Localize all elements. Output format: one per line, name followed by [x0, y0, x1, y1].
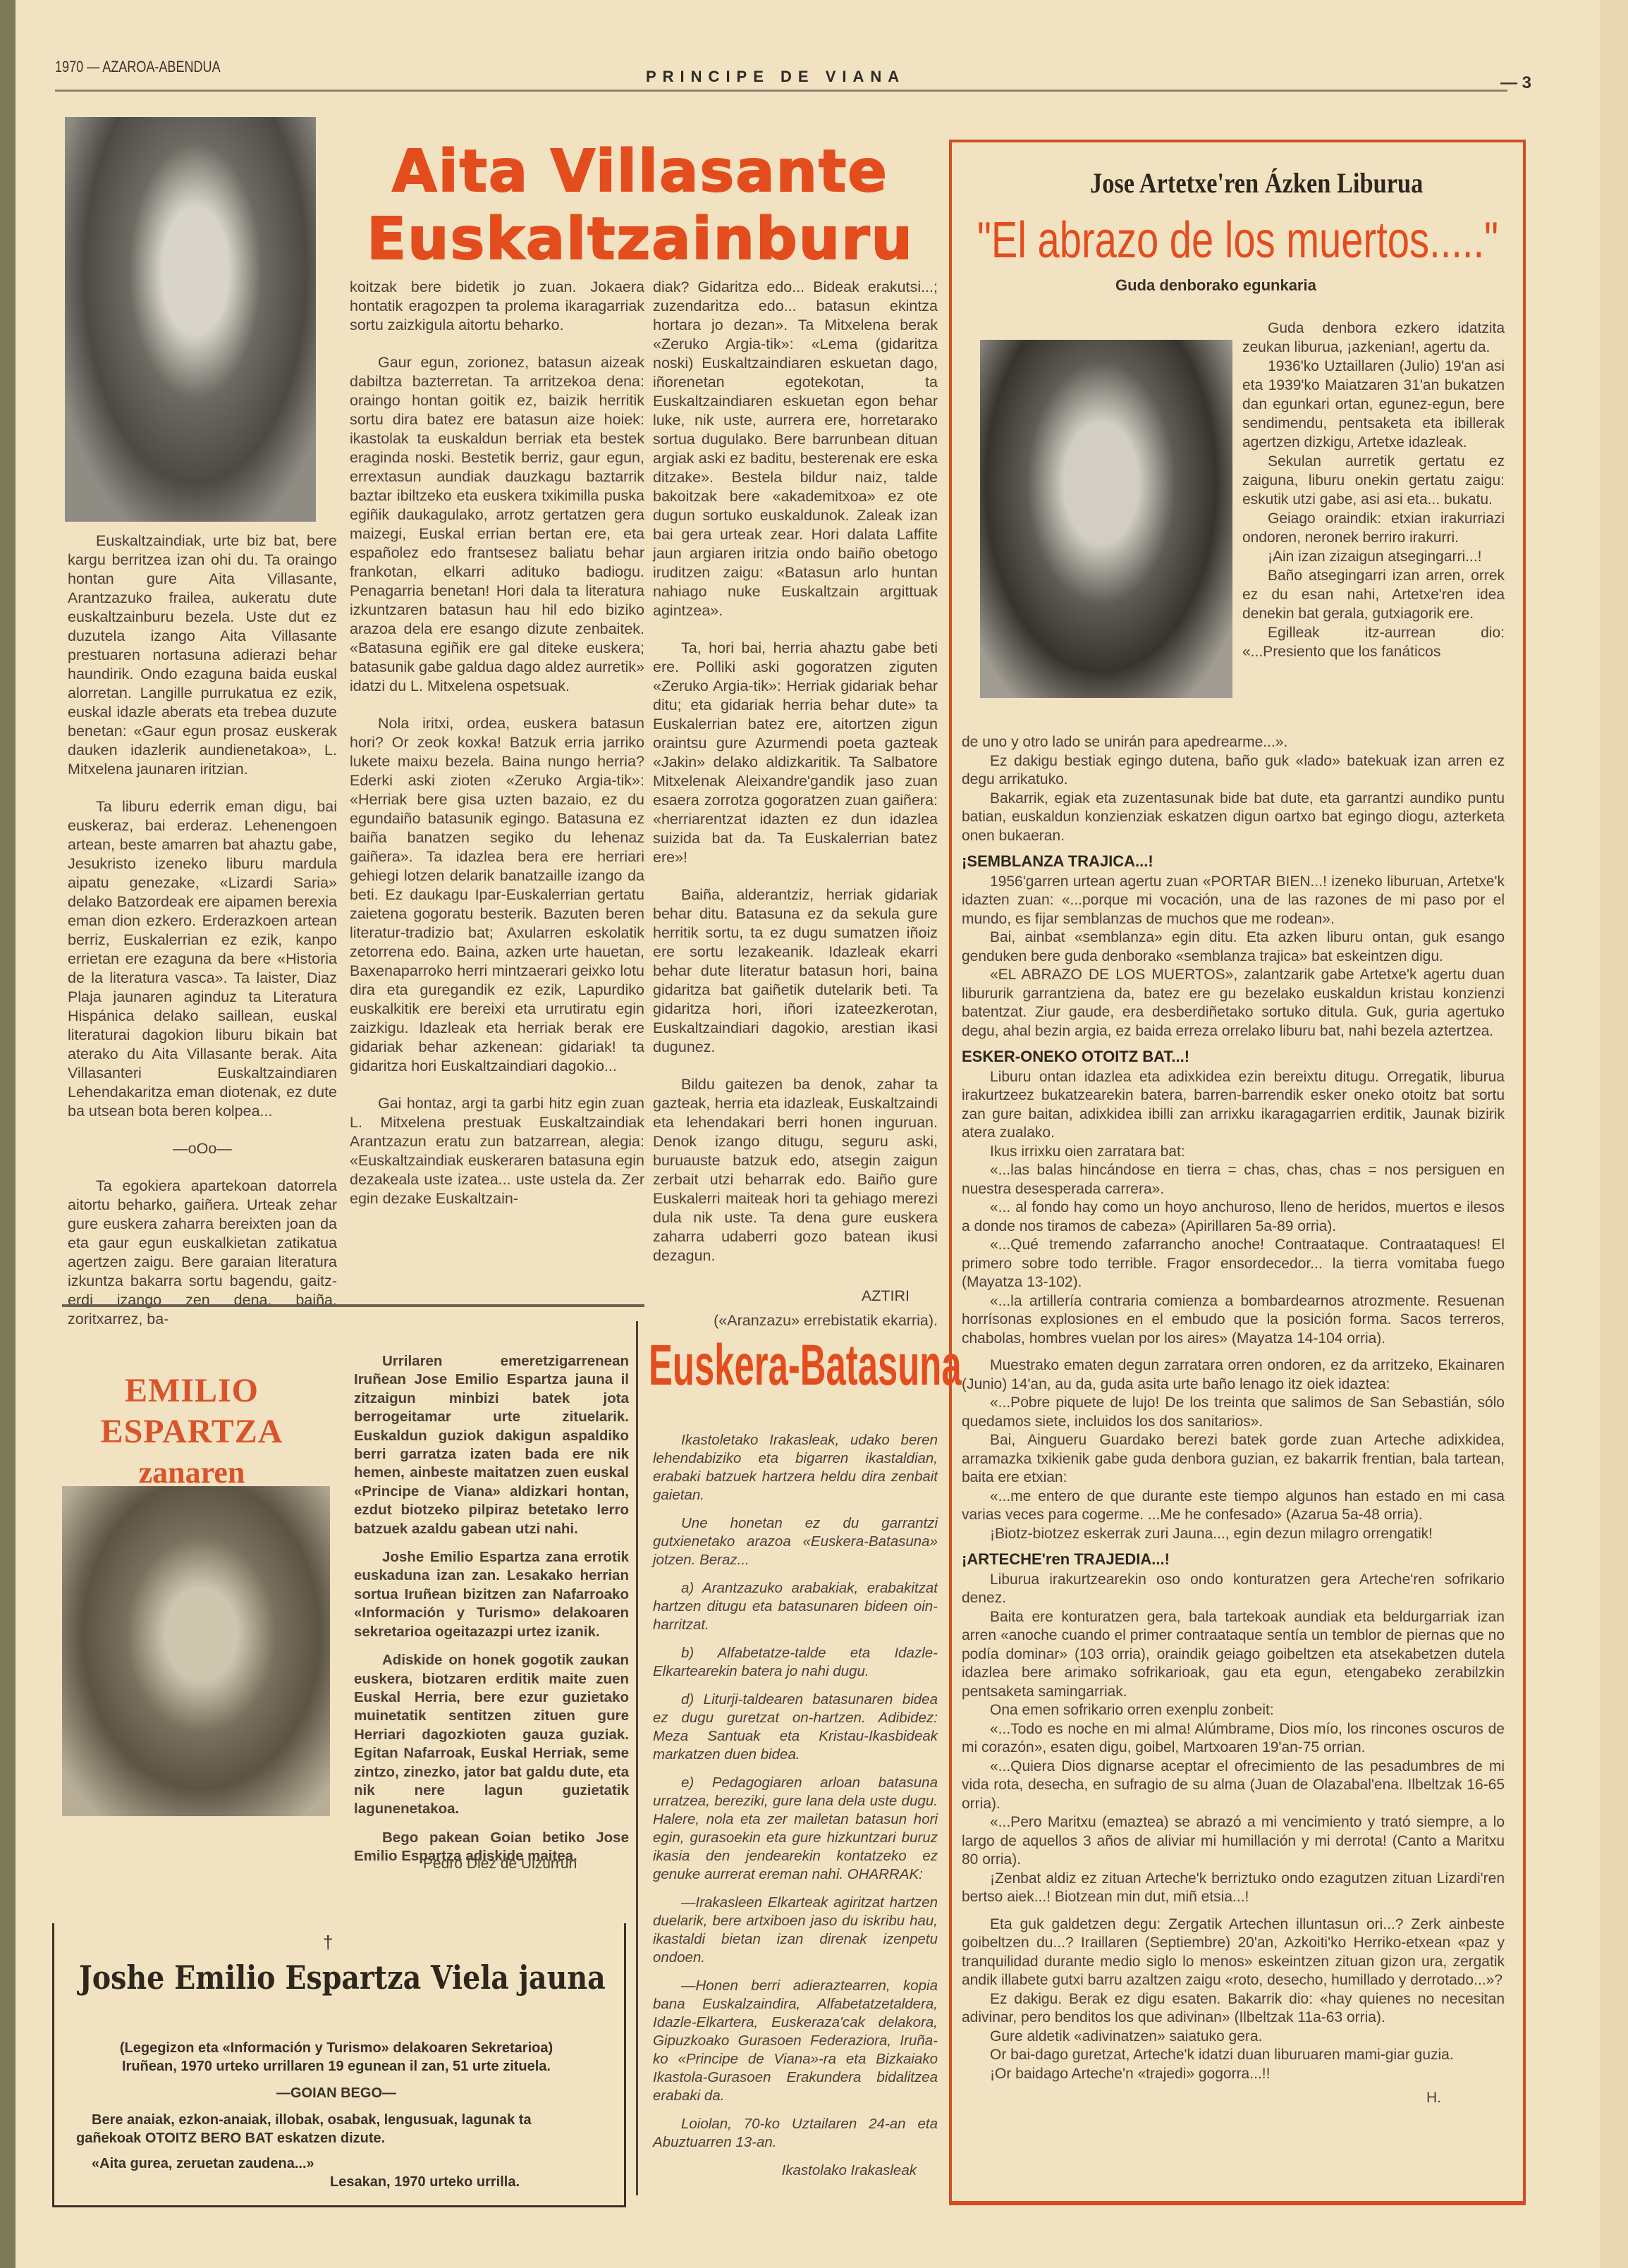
villasante-headline: Aita Villasante Euskaltzainburu	[358, 138, 922, 274]
quote: «...Quiera Dios dignarse aceptar el ofre…	[962, 1758, 1505, 1814]
section-heading: ¡SEMBLANZA TRAJICA...!	[962, 852, 1505, 871]
quote: «... al fondo hay como un hoyo anchuroso…	[962, 1199, 1505, 1236]
note: —Honen berri adieraztearren, kopia bana …	[653, 1977, 938, 2105]
paragraph: ¡Or baidago Arteche'n «trajedi» gogorra.…	[962, 2065, 1505, 2084]
villasante-column-1: Euskaltzaindiak, urte biz bat, bere karg…	[68, 532, 337, 1329]
quote: «...Pobre piquete de lujo! De los treint…	[962, 1394, 1505, 1431]
villasante-headline-line1: Aita Villasante	[358, 138, 922, 206]
artetxe-headline: "El abrazo de los muertos....."	[977, 212, 1498, 269]
paragraph: Liburua irakurtzearekin oso ondo kontura…	[962, 1571, 1505, 1608]
cross-icon: †	[323, 1932, 333, 1954]
paragraph: Or bai-dago guretzat, Arteche'k idatzi d…	[962, 2046, 1505, 2065]
paragraph: «EL ABRAZO DE LOS MUERTOS», zalantzarik …	[962, 966, 1505, 1041]
quote: «...las balas hincándose en tierra = cha…	[962, 1161, 1505, 1199]
batasuna-headline: Euskera-Batasuna	[649, 1332, 962, 1399]
paragraph: de uno y otro lado se unirán para apedre…	[962, 733, 1505, 752]
column-divider	[636, 1321, 638, 2195]
villasante-column-3: diak? Gidaritza edo... Bideak erakutsi..…	[653, 278, 938, 1330]
paragraph: Une honetan ez du garrantzi gutxienetako…	[653, 1514, 938, 1569]
paragraph: Bakarrik, egiak eta zuzentasunak bide ba…	[962, 790, 1505, 846]
list-item: e) Pedagogiaren arloan batasuna urratzea…	[653, 1774, 938, 1884]
list-item: d) Liturji-taldearen batasunaren bidea e…	[653, 1691, 938, 1764]
batasuna-body: Ikastoletako Irakasleak, udako beren leh…	[653, 1431, 938, 2180]
paragraph: Baita ere konturatzen gera, bala tarteko…	[962, 1608, 1505, 1702]
paragraph: Euskaltzaindiak, urte biz bat, bere karg…	[68, 532, 337, 779]
article-author: AZTIRI	[653, 1287, 938, 1306]
paragraph: Gaur egun, zorionez, batasun aizeak dabi…	[350, 353, 644, 696]
list-item: b) Alfabetatze-talde eta Idazle-Elkartea…	[653, 1644, 938, 1681]
paragraph: Sekulan aurretik gertatu ez zaiguna, lib…	[1242, 452, 1505, 509]
header-rule	[55, 90, 1507, 92]
section-heading: ¡ARTECHE'ren TRAJEDIA...!	[962, 1550, 1505, 1569]
page-left-edge	[0, 0, 16, 2268]
obituary-name: Joshe Emilio Espartza Viela jauna	[79, 1959, 606, 1997]
artetxe-subtitle: Guda denborako egunkaria	[1115, 276, 1316, 295]
espartza-photo	[62, 1486, 330, 1816]
quote: «...Todo es noche en mi alma! Alúmbrame,…	[962, 1720, 1505, 1758]
artetxe-photo	[980, 340, 1232, 698]
paragraph: Ikastoletako Irakasleak, udako beren leh…	[653, 1431, 938, 1504]
paragraph: Baño atsegingarri izan arren, orrek ez d…	[1242, 566, 1505, 623]
paragraph: koitzak bere bidetik jo zuan. Jokaera ho…	[350, 278, 644, 335]
paragraph: Muestrako ematen degun zarratara orren o…	[962, 1356, 1505, 1394]
quote: «...Qué tremendo zafarrancho anoche! Con…	[962, 1236, 1505, 1292]
paragraph: Bai, Aingueru Guardako berezi batek gord…	[962, 1431, 1505, 1488]
paragraph: 1956'garren urtean agertu zuan «PORTAR B…	[962, 873, 1505, 929]
villasante-photo	[65, 117, 316, 522]
paragraph: Ta, hori bai, herria ahaztu gabe beti er…	[653, 639, 938, 867]
paragraph: Nola iritxi, ordea, euskera batasun hori…	[350, 714, 644, 1076]
espartza-headline-line1: EMILIO ESPARTZA	[51, 1371, 333, 1452]
article-author: H.	[962, 2089, 1505, 2108]
section-heading: ESKER-ONEKO OTOITZ BAT...!	[962, 1048, 1505, 1067]
paragraph: Ona emen sofrikario orren exenplu zonbei…	[962, 1701, 1505, 1720]
quote: «...me entero de que durante este tiempo…	[962, 1488, 1505, 1525]
article-author: Ikastolako Irakasleak	[653, 2162, 938, 2180]
page-right-edge	[1600, 0, 1628, 2268]
villasante-column-2: koitzak bere bidetik jo zuan. Jokaera ho…	[350, 278, 644, 1208]
paragraph: Ta liburu ederrik eman digu, bai euskera…	[68, 797, 337, 1121]
paragraph: Geiago oraindik: etxian irakurriazi ondo…	[1242, 509, 1505, 547]
paragraph: Joshe Emilio Espartza zana errotik euska…	[354, 1548, 629, 1641]
paragraph: Liburu ontan idazlea eta adixkidea ezin …	[962, 1068, 1505, 1143]
obituary-place-date: Lesakan, 1970 urteko urrilla.	[76, 2173, 596, 2191]
obituary-body: (Legegizon eta «Información y Turismo» d…	[76, 2039, 596, 2191]
espartza-body: Urrilaren emeretzigarrenean Iruñean Jose…	[354, 1352, 629, 1866]
artetxe-body: de uno y otro lado se unirán para apedre…	[962, 733, 1505, 2108]
artetxe-kicker: Jose Artetxe'ren Ázken Liburua	[1090, 166, 1423, 200]
paragraph: Ez dakigu. Berak ez digu esaten. Bakarri…	[962, 1990, 1505, 2028]
paragraph: Urrilaren emeretzigarrenean Iruñean Jose…	[354, 1352, 629, 1538]
list-item: a) Arantzazuko arabakiak, erabakitzat ha…	[653, 1579, 938, 1634]
obituary-role: (Legegizon eta «Información y Turismo» d…	[76, 2039, 596, 2057]
espartza-author: Pedro Diez de Ulzurrun	[423, 1856, 577, 1872]
publication-name: PRINCIPE DE VIANA	[646, 68, 905, 86]
paragraph: ¡Biotz-biotzez eskerrak zuri Jauna..., e…	[962, 1525, 1505, 1544]
paragraph: 1936'ko Uztaillaren (Julio) 19'an asi et…	[1242, 357, 1505, 452]
paragraph: Guda denbora ezkero idatzita zeukan libu…	[1242, 319, 1505, 357]
artetxe-intro: Guda denbora ezkero idatzita zeukan libu…	[1242, 319, 1505, 661]
article-source: («Aranzazu» errebistatik ekarria).	[653, 1311, 938, 1330]
paragraph: Eta guk galdetzen degu: Zergatik Arteche…	[962, 1915, 1505, 1990]
quote: «...Pero Maritxu (emaztea) se abrazó a m…	[962, 1813, 1505, 1870]
paragraph: Adiskide on honek gogotik zaukan euskera…	[354, 1651, 629, 1819]
paragraph: diak? Gidaritza edo... Bideak erakutsi..…	[653, 278, 938, 620]
section-separator: —oOo—	[68, 1139, 337, 1158]
place-date: Loiolan, 70-ko Uztailaren 24-an eta Abuz…	[653, 2115, 938, 2152]
obituary-death: Iruñean, 1970 urteko urrillaren 19 egune…	[76, 2057, 596, 2076]
paragraph: Bai, ainbat «semblanza» egin ditu. Eta a…	[962, 928, 1505, 966]
issue-date: 1970 — AZAROA-ABENDUA	[55, 58, 221, 76]
obituary-prayer: «Aita gurea, zeruetan zaudena...»	[76, 2154, 596, 2173]
paragraph: ¡Zenbat aldiz ez zituan Arteche'k berriz…	[962, 1870, 1505, 1907]
section-divider	[62, 1304, 644, 1307]
paragraph: Egilleak itz-aurrean dio: «...Presiento …	[1242, 623, 1505, 661]
paragraph: Baiña, alderantziz, herriak gidariak beh…	[653, 885, 938, 1057]
paragraph: Ez dakigu bestiak egingo dutena, baño gu…	[962, 752, 1505, 790]
obituary-family: Bere anaiak, ezkon-anaiak, illobak, osab…	[76, 2111, 596, 2147]
paragraph: Ikus irrixku oien zarratara bat:	[962, 1143, 1505, 1162]
obituary-rip: —GOIAN BEGO—	[76, 2084, 596, 2102]
paragraph: Bildu gaitezen ba denok, zahar ta gaztea…	[653, 1075, 938, 1265]
paragraph: Gai hontaz, argi ta garbi hitz egin zuan…	[350, 1094, 644, 1208]
paragraph: Gure aldetik «adivinatzen» saiatuko gera…	[962, 2028, 1505, 2047]
paragraph: ¡Ain izan zizaigun atsegingarri...!	[1242, 547, 1505, 566]
villasante-headline-line2: Euskaltzainburu	[358, 206, 922, 274]
note: —Irakasleen Elkarteak agiritzat hartzen …	[653, 1894, 938, 1967]
quote: «...la artillería contraria comienza a b…	[962, 1292, 1505, 1349]
